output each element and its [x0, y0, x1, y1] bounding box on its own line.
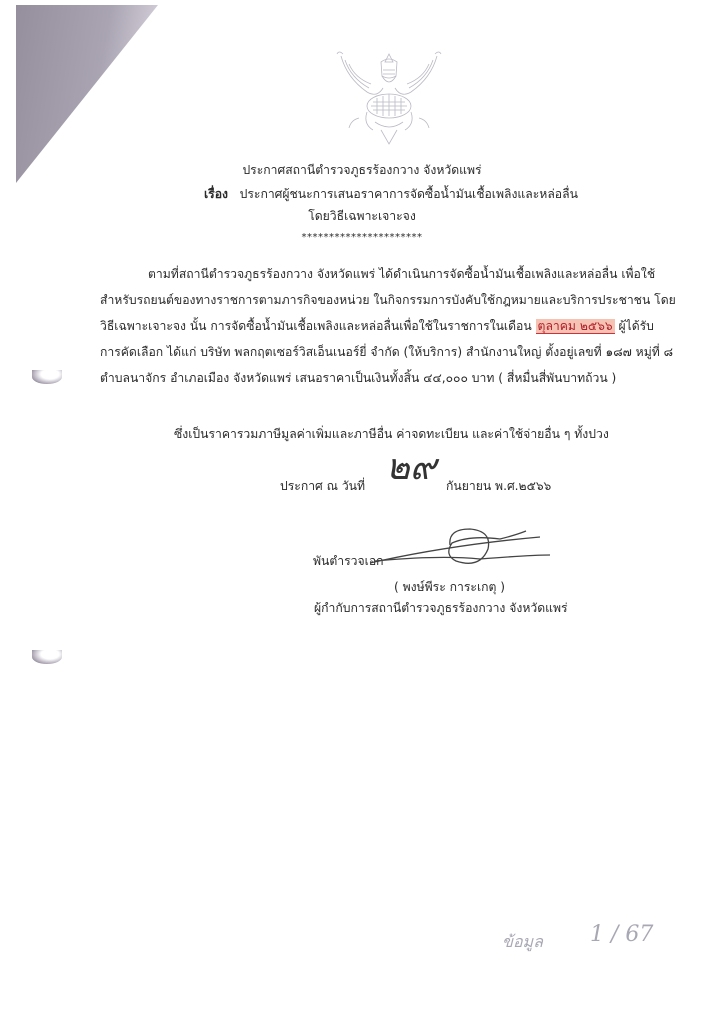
procurement-method: โดยวิธีเฉพาะเจาะจง: [0, 208, 724, 224]
paragraph1-line3-post: ผู้ได้รับ: [615, 319, 654, 333]
subject-text: ประกาศผู้ชนะการเสนอราคาการจัดซื้อน้ำมันเ…: [240, 187, 578, 201]
punch-hole-bottom: [32, 650, 62, 664]
subject-row: เรื่อง ประกาศผู้ชนะการเสนอราคาการจัดซื้อ…: [204, 186, 578, 202]
scan-fold-shadow: [16, 5, 158, 183]
paragraph1-line4: การคัดเลือก ได้แก่ บริษัท พลกฤตเซอร์วิสเ…: [100, 344, 673, 360]
paragraph1-line2: สำหรับรถยนต์ของทางราชการตามภารกิจของหน่ว…: [100, 292, 676, 308]
handwritten-page-ref: 1 / 67: [590, 922, 653, 947]
document-title: ประกาศสถานีตำรวจภูธรร้องกวาง จังหวัดแพร่: [0, 162, 724, 178]
paragraph1-line3: วิธีเฉพาะเจาะจง นั้น การจัดซื้อน้ำมันเชื…: [100, 318, 654, 334]
paragraph1-line1: ตามที่สถานีตำรวจภูธรร้องกวาง จังหวัดแพร่…: [148, 266, 655, 282]
handwritten-day: ๒๙: [386, 448, 436, 488]
subject-label: เรื่อง: [204, 187, 228, 201]
signer-position: ผู้กำกับการสถานีตำรวจภูธรร้องกวาง จังหวั…: [314, 600, 568, 616]
paragraph1-line3-pre: วิธีเฉพาะเจาะจง นั้น การจัดซื้อน้ำมันเชื…: [100, 319, 536, 333]
header-separator: **********************: [0, 230, 724, 246]
date-prefix: ประกาศ ณ วันที่: [280, 478, 365, 494]
paragraph2: ซึ่งเป็นราคารวมภาษีมูลค่าเพิ่มและภาษีอื่…: [174, 426, 609, 442]
highlighted-month: ตุลาคม ๒๕๖๖: [536, 319, 615, 334]
garuda-emblem-icon: [333, 48, 445, 148]
signature-scribble-icon: [330, 525, 560, 575]
signer-name: ( พงษ์พีระ การะเกตุ ): [394, 579, 505, 595]
paragraph1-line5: ตำบลนาจักร อำเภอเมือง จังหวัดแพร่ เสนอรา…: [100, 370, 616, 386]
handwritten-margin-note: ข้อมูล: [502, 930, 543, 955]
date-month-year: กันยายน พ.ศ.๒๕๖๖: [446, 478, 551, 494]
punch-hole-top: [32, 370, 62, 384]
